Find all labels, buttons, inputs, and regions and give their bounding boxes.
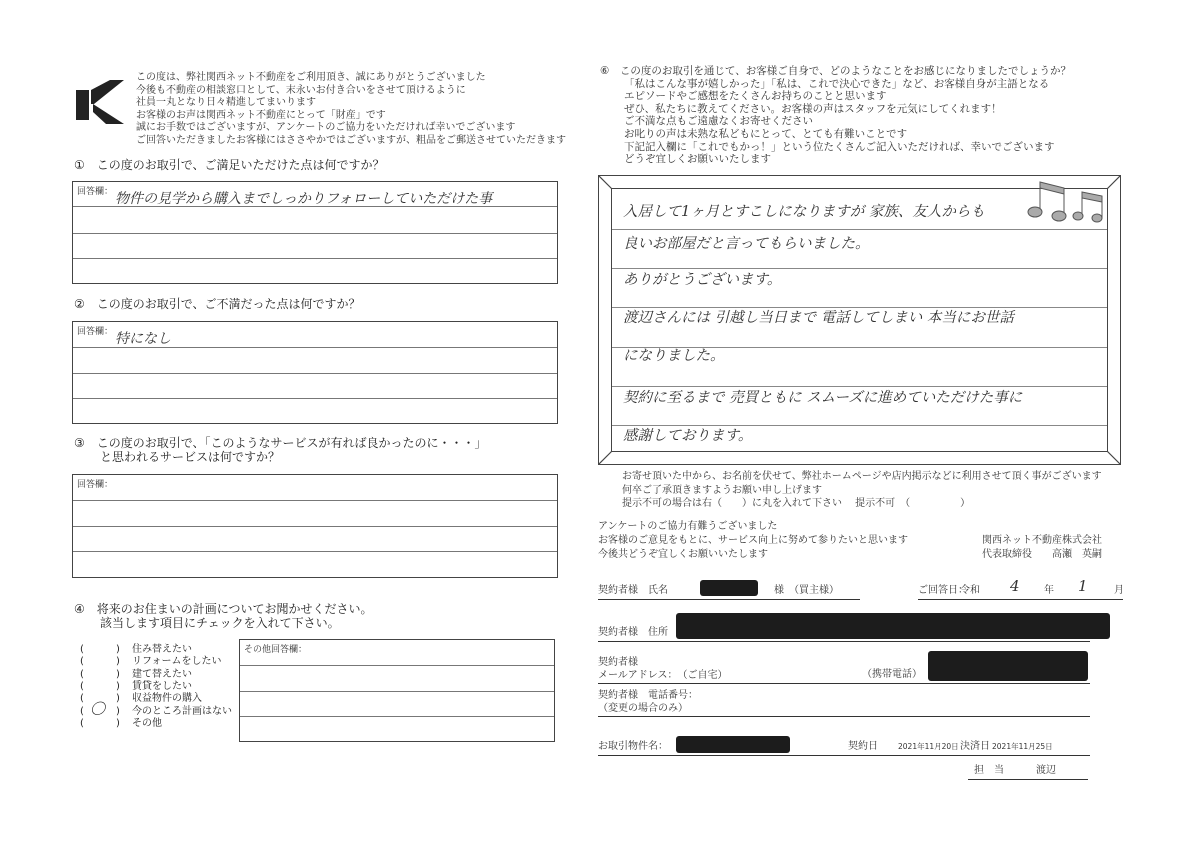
answer-label: 回答欄： [77, 324, 113, 337]
checkbox-paren[interactable]: () [80, 718, 132, 730]
publication-notice: お寄せ頂いた中から、お名前を伏せて、弊社ホームページや店内掲示などに利用させて頂… [622, 470, 1102, 511]
checklist-label: その他 [132, 718, 162, 729]
answer-label: 回答欄： [77, 184, 113, 197]
checklist-label: 建て替えたい [132, 669, 192, 680]
settlement-date: 2021年11月25日 [992, 741, 1053, 754]
intro-text: この度は、弊社関西ネット不動産をご利用頂き、誠にありがとうございました 今後も不… [136, 72, 566, 147]
checklist-label: リフォームをしたい [132, 656, 222, 667]
property-field[interactable]: お取引物件名： 契約日 2021年11月20日 決済日 2021年11月25日 [598, 741, 1090, 756]
q3-question: ③ この度のお取引で、「このようなサービスが有れば良かったのに・・・」 と思われ… [74, 436, 487, 464]
music-notes-icon [1026, 178, 1106, 226]
checklist-item[interactable]: ()賃貸をしたい [80, 681, 192, 693]
q4-other-answer-box[interactable]: その他回答欄： [239, 639, 555, 742]
contract-name-field[interactable]: 契約者様 氏名 様 （買主様） [598, 585, 860, 600]
checklist-label: 住み替えたい [132, 644, 192, 655]
q6-question: ⑥ この度のお取引を通じて、お客様ご自身で、どのようなことをお感じになりましたで… [600, 65, 1071, 166]
company-k-logo [76, 80, 124, 124]
answer-line: 渡辺さんには 引越し当日まで 電話してしまい 本当にお世話 [623, 306, 1014, 327]
answer-label: 回答欄： [77, 477, 113, 490]
company-signature: 関西ネット不動産株式会社 代表取締役 高瀬 英嗣 [982, 534, 1102, 562]
checklist-item[interactable]: ()その他 [80, 718, 162, 730]
checkbox-paren[interactable]: () [80, 644, 132, 656]
redacted-property [676, 736, 790, 753]
check-mark: 〇 [90, 703, 105, 715]
checklist-label: 賃貸をしたい [132, 681, 192, 692]
answer-year: 4 [1010, 580, 1020, 593]
redacted-address [676, 613, 1110, 639]
answer-line: 入居して1ヶ月とすこしになりますが 家族、友人からも [623, 200, 985, 221]
staff-field: 担 当 渡辺 [968, 765, 1088, 780]
checklist-item[interactable]: ()住み替えたい [80, 644, 192, 656]
q1-answer-text: 物件の見学から購入までしっかりフォローしていただけた事 [115, 188, 492, 208]
contract-address-field[interactable]: 契約者様 住所 [598, 627, 1090, 642]
q2-answer-text: 特になし [115, 328, 171, 348]
q2-answer-box[interactable]: 回答欄： 特になし [72, 321, 558, 424]
checklist-label: 今のところ計画はない [132, 706, 232, 717]
checklist-item[interactable]: (〇)今のところ計画はない [80, 706, 232, 718]
answer-month: 1 [1078, 580, 1088, 593]
contract-date: 2021年11月20日 [898, 741, 959, 754]
q1-question: ① この度のお取引で、ご満足いただけた点は何ですか？ [74, 158, 385, 172]
answer-line: ありがとうございます。 [623, 268, 781, 289]
redacted-name [700, 580, 758, 596]
answer-line: になりました。 [623, 344, 725, 365]
q2-question: ② この度のお取引で、ご不満だった点は何ですか？ [74, 297, 361, 311]
checkbox-paren[interactable]: (〇) [80, 706, 132, 718]
answer-date-field[interactable]: ご回答日： 令和 4 年 1 月 [918, 585, 1123, 600]
q6-answer-frame[interactable]: 入居して1ヶ月とすこしになりますが 家族、友人からも良いお部屋だと言ってもらいま… [598, 175, 1121, 465]
contract-email-field[interactable]: 契約者様 メールアドレス： （ご自宅） （携帯電話） [598, 657, 1090, 684]
checkbox-paren[interactable]: () [80, 681, 132, 693]
answer-line: 良いお部屋だと言ってもらいました。 [623, 232, 870, 253]
q3-answer-box[interactable]: 回答欄： [72, 474, 558, 578]
checklist-item[interactable]: ()建て替えたい [80, 669, 192, 681]
other-answer-label: その他回答欄： [244, 642, 307, 655]
checkbox-paren[interactable]: () [80, 669, 132, 681]
staff-name: 渡辺 [1036, 765, 1056, 778]
q1-answer-box[interactable]: 回答欄： 物件の見学から購入までしっかりフォローしていただけた事 [72, 181, 558, 284]
checklist-item[interactable]: ()リフォームをしたい [80, 656, 222, 668]
checkbox-paren[interactable]: () [80, 656, 132, 668]
answer-line: 契約に至るまで 売買ともに スムーズに進めていただけた事に [623, 386, 1022, 407]
thanks-text: アンケートのご協力有難うございました お客様のご意見をもとに、サービス向上に努め… [598, 520, 908, 562]
q4-question: ④ 将来のお住まいの計画についてお聞かせください。 該当します項目にチェックを入… [74, 602, 373, 630]
answer-line: 感謝しております。 [623, 424, 752, 445]
checklist-label: 収益物件の購入 [132, 693, 202, 704]
checkbox-paren[interactable]: () [80, 693, 132, 705]
contract-phone-field[interactable]: 契約者様 電話番号： （変更の場合のみ） [598, 690, 1090, 717]
redacted-mobile [928, 651, 1088, 681]
